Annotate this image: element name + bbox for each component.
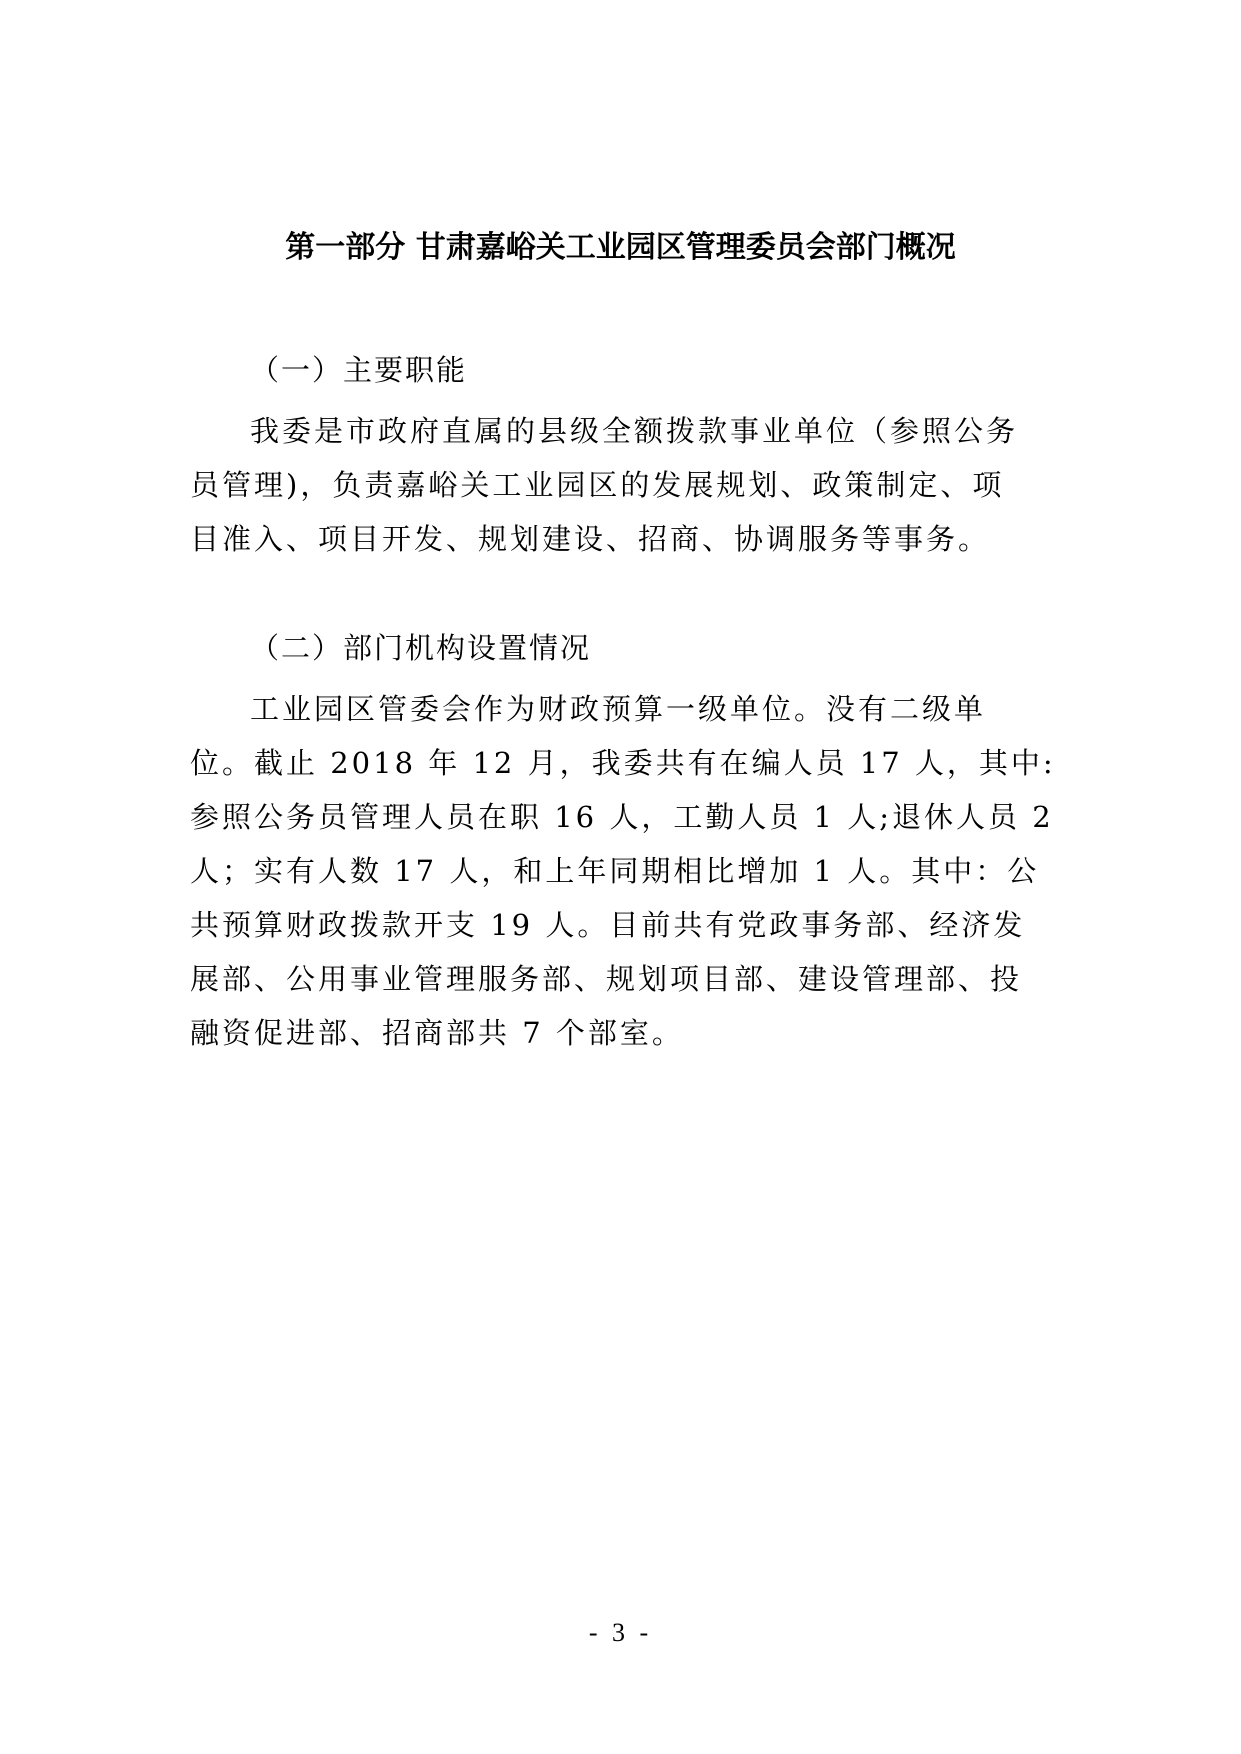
body-line: 目准入、项目开发、规划建设、招商、协调服务等事务。 (190, 512, 1050, 566)
page-number: - 3 - (0, 1618, 1241, 1648)
section-heading: （一）主要职能 (190, 350, 1050, 390)
section-body: 我委是市政府直属的县级全额拨款事业单位（参照公务 员管理)，负责嘉峪关工业园区的… (190, 404, 1050, 566)
document-page: 第一部分 甘肃嘉峪关工业园区管理委员会部门概况 （一）主要职能 我委是市政府直属… (0, 0, 1241, 1754)
body-line: 展部、公用事业管理服务部、规划项目部、建设管理部、投 (190, 952, 1050, 1006)
body-line: 我委是市政府直属的县级全额拨款事业单位（参照公务 (190, 404, 1050, 458)
body-line: 员管理)，负责嘉峪关工业园区的发展规划、政策制定、项 (190, 458, 1050, 512)
section-organization: （二）部门机构设置情况 工业园区管委会作为财政预算一级单位。没有二级单 位。截止… (190, 628, 1050, 1060)
body-line: 人；实有人数 17 人，和上年同期相比增加 1 人。其中：公 (190, 844, 1050, 898)
body-line: 共预算财政拨款开支 19 人。目前共有党政事务部、经济发 (190, 898, 1050, 952)
section-body: 工业园区管委会作为财政预算一级单位。没有二级单 位。截止 2018 年 12 月… (190, 682, 1050, 1060)
section-heading: （二）部门机构设置情况 (190, 628, 1050, 668)
body-line: 参照公务员管理人员在职 16 人，工勤人员 1 人;退休人员 2 (190, 790, 1050, 844)
body-line: 位。截止 2018 年 12 月，我委共有在编人员 17 人，其中: (190, 736, 1050, 790)
body-line: 融资促进部、招商部共 7 个部室。 (190, 1006, 1050, 1060)
body-line: 工业园区管委会作为财政预算一级单位。没有二级单 (190, 682, 1050, 736)
section-main-functions: （一）主要职能 我委是市政府直属的县级全额拨款事业单位（参照公务 员管理)，负责… (190, 350, 1050, 566)
page-title: 第一部分 甘肃嘉峪关工业园区管理委员会部门概况 (0, 228, 1241, 268)
